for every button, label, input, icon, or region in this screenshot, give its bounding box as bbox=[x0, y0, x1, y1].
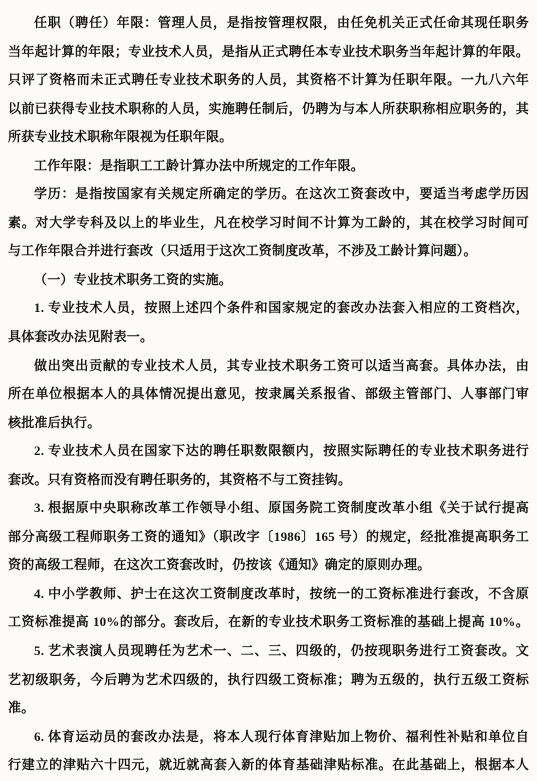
text-line: 1. 专业技术人员，按照上述四个条件和国家规定的套改办法套入相应的工资档次， bbox=[8, 294, 529, 323]
text-line: 资的高级工程师，在这次工资套改时，仍按该《通知》确定的原则办理。 bbox=[8, 551, 529, 580]
text-line: 3. 根据原中央职称改革工作领导小组、原国务院工资制度改革小组《关于试行提高 bbox=[8, 494, 529, 523]
text-line: 2. 专业技术人员在国家下达的聘任职数限额内，按照实际聘任的专业技术职务进行 bbox=[8, 437, 529, 466]
text-line: 6. 体育运动员的套改办法是，将本人现行体育津贴加上物价、福利性补贴和单位自 bbox=[8, 723, 529, 752]
text-line: 所在单位根据本人的具体情况提出意见，按隶属关系报省、部级主管部门、人事部门审 bbox=[8, 380, 529, 409]
text-line: 当年起计算的年限；专业技术人员，是指从正式聘任本专业技术职务当年起计算的年限。 bbox=[8, 38, 529, 67]
text-line: 以前已获得专业技术职称的人员，实施聘任制后，仍聘为与本人所获职称相应职务的，其 bbox=[8, 95, 529, 124]
text-line: 核批准后执行。 bbox=[8, 409, 529, 438]
text-line: 5. 艺术表演人员现聘任为艺术一、二、三、四级的，仍按现职务进行工资套改。文 bbox=[8, 637, 529, 666]
document-page: 任职（聘任）年限：管理人员，是指按管理权限，由任免机关正式任命其现任职务 当年起… bbox=[0, 0, 537, 781]
text-line: 套改。只有资格而没有聘任职务的，其资格不与工资挂钩。 bbox=[8, 466, 529, 495]
text-line: 4. 中小学教师、护士在这次工资制度改革时，按统一的工资标准进行套改，不含原 bbox=[8, 580, 529, 609]
text-line: 任职（聘任）年限：管理人员，是指按管理权限，由任免机关正式任命其现任职务 bbox=[8, 9, 529, 38]
text-line: 学历：是指按国家有关规定所确定的学历。在这次工资套改中，要适当考虑学历因 bbox=[8, 180, 529, 209]
text-line: 具体套改办法见附表一。 bbox=[8, 323, 529, 352]
text-line: 工作年限：是指职工工龄计算办法中所规定的工作年限。 bbox=[8, 152, 529, 181]
text-line: 工资标准提高 10%的部分。套改后，在新的专业技术职务工资标准的基础上提高 10… bbox=[8, 608, 529, 637]
text-line: 艺初级职务，今后聘为艺术四级的，执行四级工资标准；聘为五级的，执行五级工资标 bbox=[8, 666, 529, 695]
text-line: 素。对大学专科及以上的毕业生，凡在校学习时间不计算为工龄的，其在校学习时间可 bbox=[8, 209, 529, 238]
text-line: 部分高级工程师职务工资的通知》（职改字〔1986〕165 号）的规定，经批准提高… bbox=[8, 523, 529, 552]
text-line: （一）专业技术职务工资的实施。 bbox=[8, 266, 529, 295]
text-line: 与工作年限合并进行套改（只适用于这次工资制度改革，不涉及工龄计算问题）。 bbox=[8, 237, 529, 266]
text-line: 只评了资格而未正式聘任专业技术职务的人员，其资格不计算为任职年限。一九八六年 bbox=[8, 66, 529, 95]
text-line: 做出突出贡献的专业技术人员，其专业技术职务工资可以适当高套。具体办法，由 bbox=[8, 352, 529, 381]
text-line: 行建立的津贴六十四元，就近就高套入新的体育基础津贴标准。在此基础上，根据本人 bbox=[8, 751, 529, 780]
text-line: 准。 bbox=[8, 694, 529, 723]
text-line: 所获专业技术职称年限视为任职年限。 bbox=[8, 123, 529, 152]
